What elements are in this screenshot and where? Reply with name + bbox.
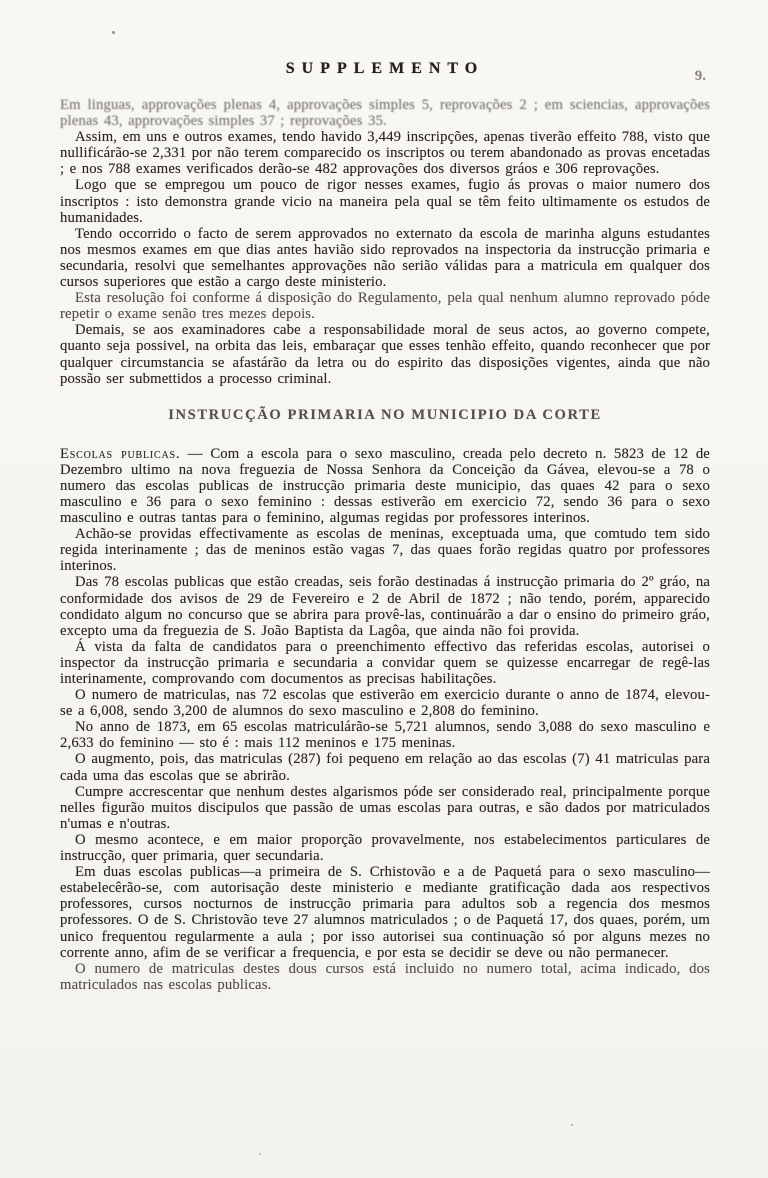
- article-paragraph: Logo que se empregou um pouco de rigor n…: [60, 177, 710, 225]
- article-paragraph: Das 78 escolas publicas que estão creada…: [60, 574, 710, 638]
- article-paragraph: Cumpre accrescentar que nenhum destes al…: [60, 784, 710, 832]
- article-paragraph: O augmento, pois, das matriculas (287) f…: [60, 751, 710, 783]
- page-content: SUPPLEMENTO 9. Em linguas, approvações p…: [60, 60, 710, 993]
- lead-paragraph-label: Escolas publicas.: [60, 446, 180, 462]
- journal-title: SUPPLEMENTO: [286, 60, 485, 78]
- scan-speck: [571, 1124, 573, 1126]
- article-paragraph: O numero de matriculas destes dous curso…: [60, 961, 710, 993]
- article-paragraph: Tendo occorrido o facto de serem approva…: [60, 226, 710, 290]
- article-paragraph: Á vista da falta de candidatos para o pr…: [60, 639, 710, 687]
- article-paragraph: O numero de matriculas, nas 72 escolas q…: [60, 687, 710, 719]
- section-heading: INSTRUCÇÃO PRIMARIA NO MUNICIPIO DA CORT…: [60, 407, 710, 424]
- scanned-document-page: SUPPLEMENTO 9. Em linguas, approvações p…: [0, 0, 768, 1178]
- scan-speck: [259, 1153, 261, 1155]
- article-paragraph: O mesmo acontece, e em maior proporção p…: [60, 832, 710, 864]
- article-paragraph: Esta resolução foi conforme á disposição…: [60, 290, 710, 322]
- lead-paragraph: Escolas publicas. — Com a escola para o …: [60, 446, 710, 526]
- article-body: Em linguas, approvações plenas 4, approv…: [60, 97, 710, 993]
- page-number: 9.: [695, 68, 706, 85]
- article-paragraph: Em linguas, approvações plenas 4, approv…: [60, 97, 710, 129]
- article-paragraph: Assim, em uns e outros exames, tendo hav…: [60, 129, 710, 177]
- article-paragraph: Demais, se aos examinadores cabe a respo…: [60, 322, 710, 386]
- article-paragraph: No anno de 1873, em 65 escolas matriculá…: [60, 719, 710, 751]
- article-paragraph: Achão-se providas effectivamente as esco…: [60, 526, 710, 574]
- scan-speck: [112, 31, 115, 34]
- page-header: SUPPLEMENTO 9.: [60, 60, 710, 82]
- article-paragraph: Em duas escolas publicas—a primeira de S…: [60, 864, 710, 961]
